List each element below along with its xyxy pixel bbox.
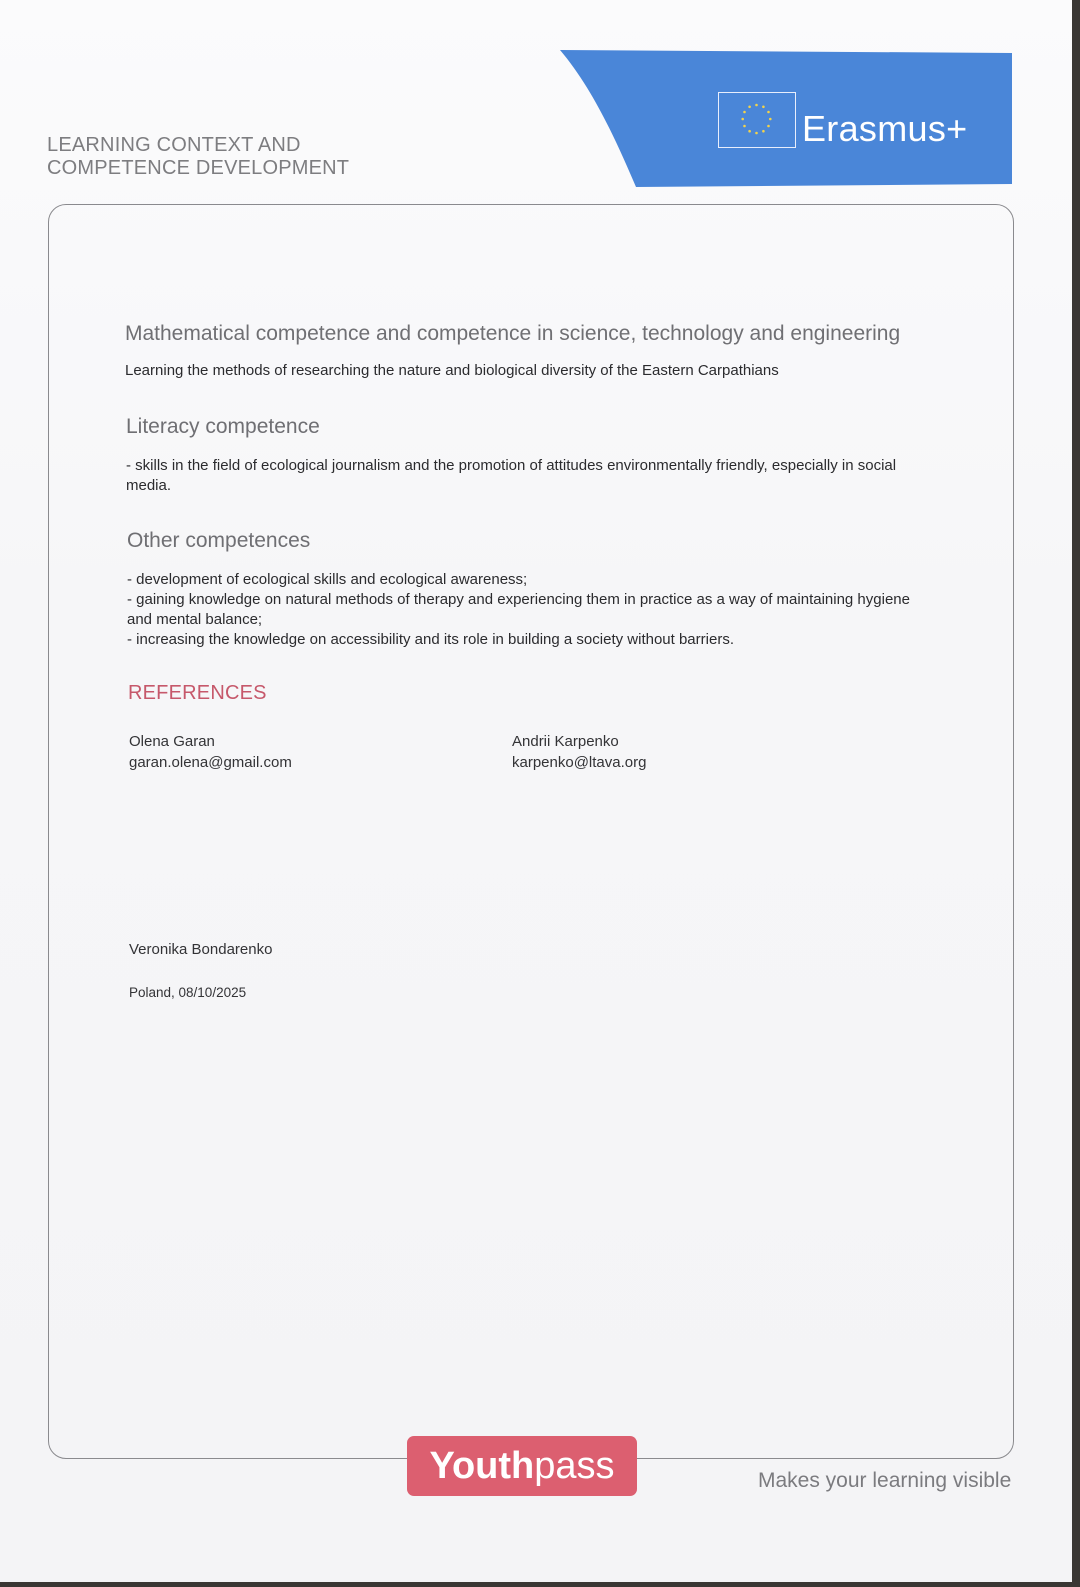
- reference-email: karpenko@ltava.org: [512, 752, 646, 773]
- list-item: - gaining knowledge on natural methods o…: [127, 590, 917, 630]
- reference-person-1: Olena Garan garan.olena@gmail.com: [129, 731, 292, 773]
- header-title-line-2: COMPETENCE DEVELOPMENT: [47, 157, 349, 180]
- section-list-other: - development of ecological skills and e…: [127, 570, 917, 650]
- place-and-date: Poland, 08/10/2025: [129, 985, 246, 1000]
- list-item: - increasing the knowledge on accessibil…: [127, 630, 917, 650]
- youthpass-logo-bold: Youth: [429, 1445, 534, 1487]
- youthpass-logo: Youthpass: [407, 1436, 637, 1496]
- eu-flag-icon: [718, 92, 796, 148]
- section-text-literacy: - skills in the field of ecological jour…: [126, 456, 916, 496]
- section-heading-other: Other competences: [127, 529, 310, 553]
- footer-tagline: Makes your learning visible: [758, 1469, 1011, 1493]
- section-heading-math: Mathematical competence and competence i…: [125, 322, 900, 346]
- header-title-line-1: LEARNING CONTEXT AND: [47, 134, 349, 157]
- youthpass-logo-light: pass: [534, 1445, 614, 1487]
- content-frame: [48, 204, 1014, 1459]
- erasmus-logo-text: Erasmus+: [802, 108, 967, 150]
- reference-name: Andrii Karpenko: [512, 731, 646, 752]
- references-heading: REFERENCES: [128, 682, 267, 705]
- reference-person-2: Andrii Karpenko karpenko@ltava.org: [512, 731, 646, 773]
- reference-name: Olena Garan: [129, 731, 292, 752]
- section-text-math: Learning the methods of researching the …: [125, 361, 915, 381]
- page-header-title: LEARNING CONTEXT AND COMPETENCE DEVELOPM…: [47, 134, 349, 180]
- signer-name: Veronika Bondarenko: [129, 941, 272, 958]
- list-item: - development of ecological skills and e…: [127, 570, 917, 590]
- reference-email: garan.olena@gmail.com: [129, 752, 292, 773]
- certificate-page: LEARNING CONTEXT AND COMPETENCE DEVELOPM…: [0, 0, 1072, 1582]
- section-heading-literacy: Literacy competence: [126, 415, 320, 439]
